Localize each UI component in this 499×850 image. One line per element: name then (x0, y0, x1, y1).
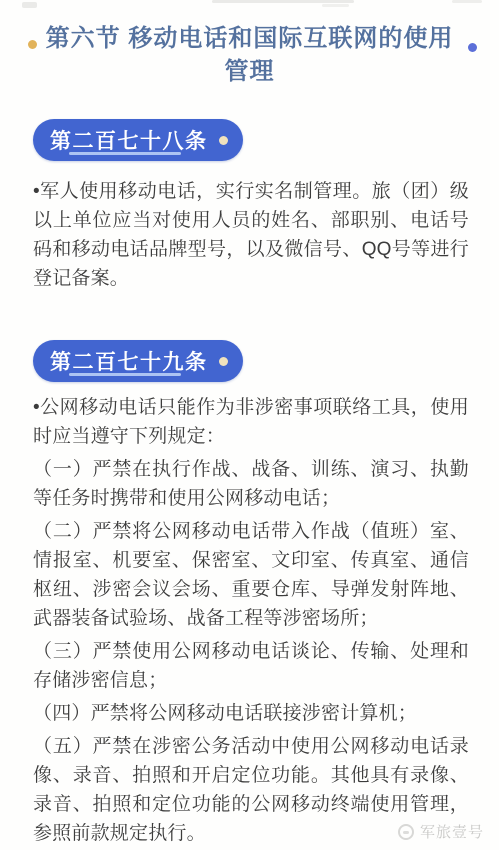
section-title-line2: 管理 (38, 55, 461, 88)
article-paragraph: •军人使用移动电话，实行实名制管理。旅（团）级以上单位应当对使用人员的姓名、部职… (33, 177, 469, 293)
section-header: 第六节 移动电话和国际互联网的使用 管理 (0, 0, 499, 88)
article-paragraph-item-4: （四）严禁将公网移动电话联接涉密计算机； (33, 699, 469, 728)
yellow-dot-icon (28, 40, 37, 49)
article-badge-278: 第二百七十八条 (33, 119, 243, 161)
section-title: 第六节 移动电话和国际互联网的使用 管理 (38, 22, 461, 88)
article-paragraph-item-3: （三）严禁使用公网移动电话谈论、传输、处理和存储涉密信息； (33, 637, 469, 695)
article-badge-279: 第二百七十九条 (33, 340, 243, 382)
article-279: 第二百七十九条 •公网移动电话只能作为非涉密事项联络工具，使用时应当遵守下列规定… (33, 293, 469, 848)
article-page: 第六节 移动电话和国际互联网的使用 管理 第二百七十八条 •军人使用移动电话，实… (0, 0, 499, 850)
badge-dot-icon (219, 136, 228, 145)
article-paragraph-item-2: （二）严禁将公网移动电话带入作战（值班）室、情报室、机要室、保密室、文印室、传真… (33, 517, 469, 633)
article-badge-label: 第二百七十八条 (50, 125, 208, 155)
blue-dot-icon (468, 43, 477, 52)
badge-dot-icon (219, 357, 228, 366)
badge-underline-decoration (69, 152, 181, 155)
article-278: 第二百七十八条 •军人使用移动电话，实行实名制管理。旅（团）级以上单位应当对使用… (33, 88, 469, 293)
section-title-line1: 第六节 移动电话和国际互联网的使用 (38, 22, 461, 55)
watermark-logo-icon (398, 824, 414, 840)
watermark-label: 军旅壹号 (420, 821, 484, 842)
badge-underline-decoration (69, 373, 181, 376)
article-badge-label: 第二百七十九条 (50, 346, 208, 376)
watermark: 军旅壹号 (398, 821, 484, 842)
article-paragraph-item-1: （一）严禁在执行作战、战备、训练、演习、执勤等任务时携带和使用公网移动电话； (33, 455, 469, 513)
article-paragraph: •公网移动电话只能作为非涉密事项联络工具，使用时应当遵守下列规定： (33, 393, 469, 451)
article-content: 第二百七十八条 •军人使用移动电话，实行实名制管理。旅（团）级以上单位应当对使用… (0, 88, 499, 848)
